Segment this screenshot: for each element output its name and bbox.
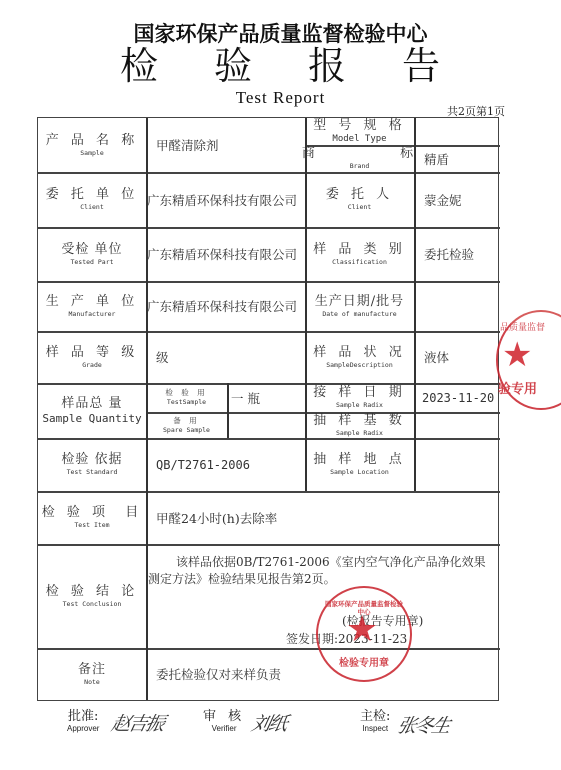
label-note: 备注 Note xyxy=(38,648,146,700)
label-client: 委 托 单 位 Client xyxy=(38,172,146,227)
side-seal-bottom-text: 验专用 xyxy=(498,378,537,397)
value-sample-base xyxy=(414,412,500,438)
title-char: 检 xyxy=(120,44,158,88)
label-receive-date: 接 样 日 期 Sample Radix xyxy=(305,383,414,412)
label-test-standard: 检验 依据 Test Standard xyxy=(38,438,146,491)
value-brand: 精盾 xyxy=(414,145,500,172)
inspect-signature: 张冬生 xyxy=(395,711,452,738)
label-test-sample: 检 验 用 TestSample xyxy=(146,383,227,412)
label-spare-sample: 备 用 Spare Sample xyxy=(146,412,227,438)
label-model-type: 型 号 规 格 Model Type xyxy=(305,118,414,145)
value-spare-sample xyxy=(227,412,305,438)
official-seal-stamp: 国家环保产品质量监督检验中心 ★ 检验专用章 xyxy=(316,586,412,682)
value-grade: 级 xyxy=(146,331,305,383)
seal-bottom-text: 检验专用章 xyxy=(332,654,396,669)
value-client: 广东精盾环保科技有限公司 xyxy=(146,172,305,227)
value-test-standard: QB/T2761-2006 xyxy=(146,438,305,491)
label-sample-quantity: 样品总 量 Sample Quantity xyxy=(38,383,146,438)
value-date-of-manufacture xyxy=(414,281,500,331)
value-manufacturer: 广东精盾环保科技有限公司 xyxy=(146,281,305,331)
label-test-item: 检 验 项 目 Test Item xyxy=(38,491,146,544)
label-date-of-manufacture: 生产日期/批号 Date of manufacture xyxy=(305,281,414,331)
value-test-item: 甲醛24小时(h)去除率 xyxy=(146,491,500,544)
label-sample-description: 样 品 状 况 SampleDescription xyxy=(305,331,414,383)
value-model-type xyxy=(414,118,500,145)
value-tested-part: 广东精盾环保科技有限公司 xyxy=(146,227,305,281)
label-brand: 商 标 Brand xyxy=(305,145,414,172)
side-seal-stamp: 品质量监督 ★ 验专用 xyxy=(496,310,561,410)
label-tested-part: 受检 单位 Tested Part xyxy=(38,227,146,281)
conclusion-text: 该样品依据0B/T2761-2006《室内空气净化产品净化效果测定方法》检验结果… xyxy=(148,554,494,588)
inspect-label: 主检: Inspect xyxy=(360,709,390,734)
report-title: 检 验 报 告 xyxy=(120,44,440,88)
value-sample-description: 液体 xyxy=(414,331,500,383)
value-test-sample: 一 瓶 xyxy=(227,383,305,412)
star-icon: ★ xyxy=(346,612,378,648)
label-sample-location: 抽 样 地 点 Sample Location xyxy=(305,438,414,491)
value-sample: 甲醛清除剂 xyxy=(146,118,305,172)
label-sample-base: 抽 样 基 数 Sample Radix xyxy=(305,412,414,438)
value-sample-location xyxy=(414,438,500,491)
report-table: 产 品 名 称 Sample 甲醛清除剂 型 号 规 格 Model Type … xyxy=(37,117,499,701)
verifier-label: 审 核 Verifier xyxy=(203,709,245,734)
side-seal-top-text: 品质量监督 xyxy=(500,320,560,333)
label-manufacturer: 生 产 单 位 Manufacturer xyxy=(38,281,146,331)
title-char: 告 xyxy=(402,44,440,88)
label-grade: 样 品 等 级 Grade xyxy=(38,331,146,383)
value-receive-date: 2023-11-20 xyxy=(414,383,500,412)
verifier-signature: 刘纸 xyxy=(249,709,289,736)
star-icon: ★ xyxy=(502,338,532,372)
label-classification: 样 品 类 别 Classification xyxy=(305,227,414,281)
value-classification: 委托检验 xyxy=(414,227,500,281)
label-test-conclusion: 检 验 结 论 Test Conclusion xyxy=(38,544,146,648)
approver-label: 批准: Approver xyxy=(67,709,99,734)
value-client-person: 蒙金妮 xyxy=(414,172,500,227)
approver-signature: 赵吉振 xyxy=(109,709,166,736)
title-char: 报 xyxy=(308,44,346,88)
title-char: 验 xyxy=(214,44,252,88)
label-client-person: 委 托 人 Client xyxy=(305,172,414,227)
label-sample: 产 品 名 称 Sample xyxy=(38,118,146,172)
